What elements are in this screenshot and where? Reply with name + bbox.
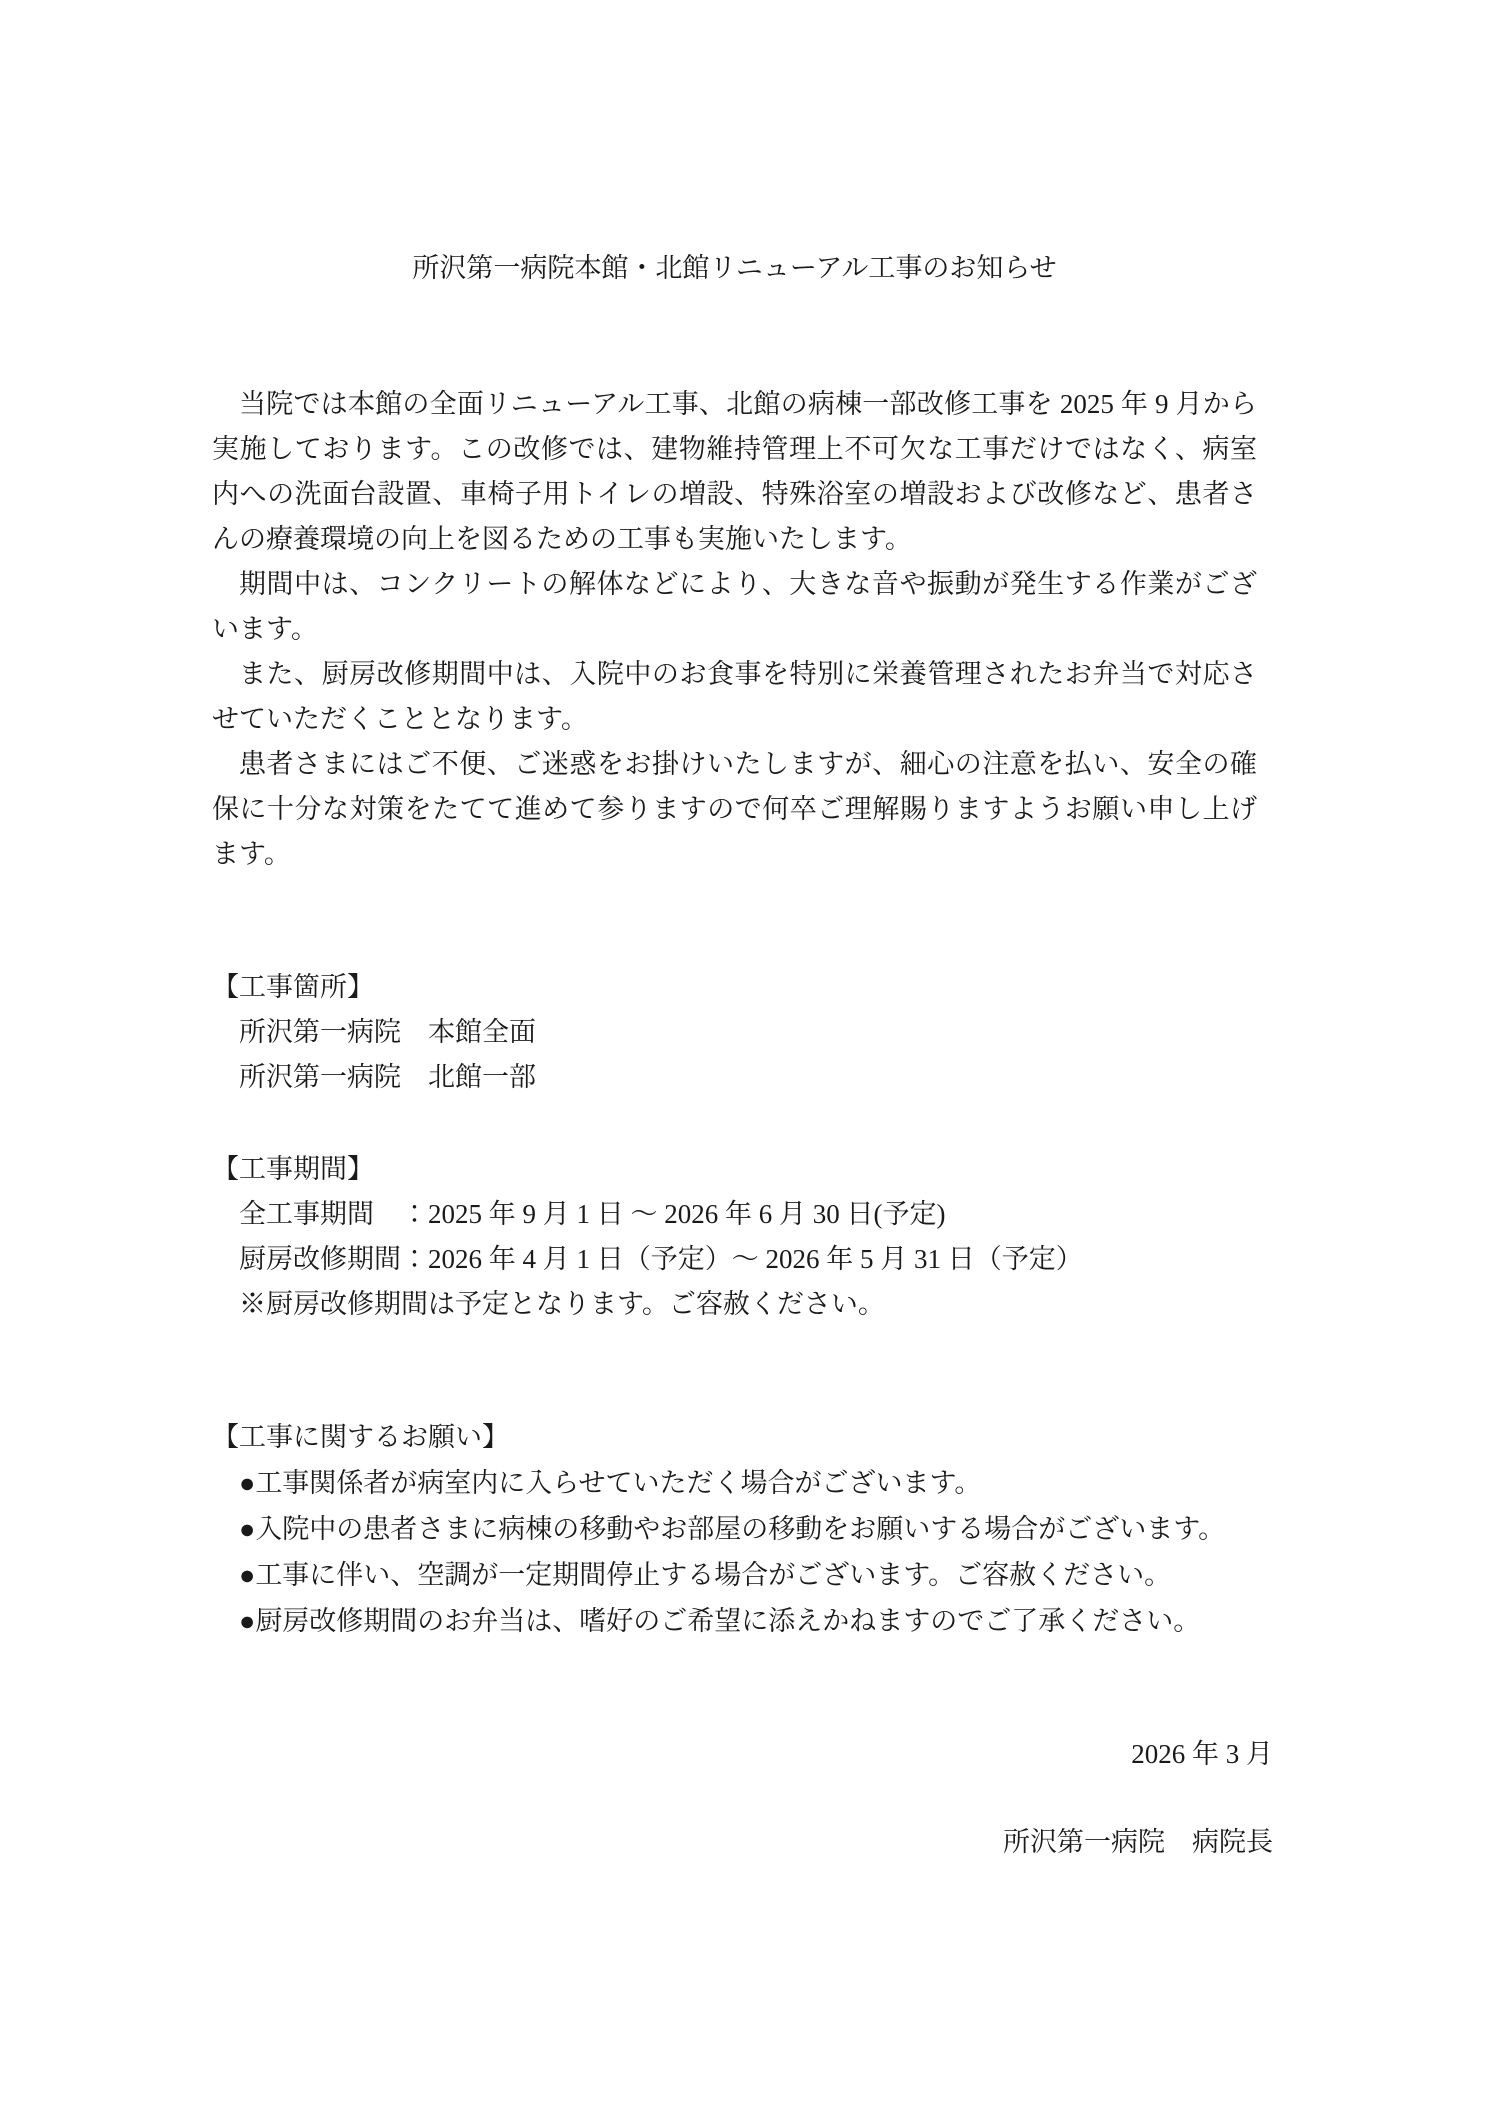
intro-paragraph-1: 当院では本館の全面リニューアル工事、北館の病棟一部改修工事を 2025 年 9 … [212, 382, 1257, 562]
request-item-4: ●厨房改修期間のお弁当は、嗜好のご希望に添えかねますのでご了承ください。 [212, 1598, 1257, 1644]
location-line-main-building: 所沢第一病院 本館全面 [212, 1010, 1257, 1055]
period-line-overall: 全工事期間 ：2025 年 9 月 1 日 ～ 2026 年 6 月 30 日(… [212, 1192, 1257, 1237]
footer-date: 2026 年 3 月 [212, 1732, 1273, 1777]
period-line-kitchen: 厨房改修期間：2026 年 4 月 1 日（予定）～ 2026 年 5 月 31… [212, 1237, 1257, 1282]
location-line-north-building: 所沢第一病院 北館一部 [212, 1055, 1257, 1100]
intro-paragraph-2: 期間中は、コンクリートの解体などにより、大きな音や振動が発生する作業がございます… [212, 562, 1257, 652]
request-text-2: 入院中の患者さまに病棟の移動やお部屋の移動をお願いする場合がございます。 [255, 1514, 1225, 1544]
request-item-2: ●入院中の患者さまに病棟の移動やお部屋の移動をお願いする場合がございます。 [212, 1506, 1257, 1552]
bullet-icon: ● [239, 1560, 255, 1590]
request-item-3: ●工事に伴い、空調が一定期間停止する場合がございます。ご容赦ください。 [212, 1552, 1257, 1598]
section-construction-requests: 【工事に関するお願い】 ●工事関係者が病室内に入らせていただく場合がございます。… [212, 1415, 1257, 1644]
request-text-1: 工事関係者が病室内に入らせていただく場合がございます。 [255, 1468, 981, 1498]
intro-paragraph-3: また、厨房改修期間中は、入院中のお食事を特別に栄養管理されたお弁当で対応させてい… [212, 652, 1257, 742]
construction-period-heading: 【工事期間】 [212, 1147, 1257, 1192]
construction-locations-heading: 【工事箇所】 [212, 965, 1257, 1010]
request-text-3: 工事に伴い、空調が一定期間停止する場合がございます。ご容赦ください。 [255, 1560, 1171, 1590]
document-title: 所沢第一病院本館・北館リニューアル工事のお知らせ [212, 246, 1257, 291]
document-content: 所沢第一病院本館・北館リニューアル工事のお知らせ 当院では本館の全面リニューアル… [0, 0, 1257, 1865]
intro-paragraphs: 当院では本館の全面リニューアル工事、北館の病棟一部改修工事を 2025 年 9 … [212, 382, 1257, 877]
construction-requests-heading: 【工事に関するお願い】 [212, 1415, 1257, 1460]
section-construction-period: 【工事期間】 全工事期間 ：2025 年 9 月 1 日 ～ 2026 年 6 … [212, 1147, 1257, 1327]
period-note: ※厨房改修期間は予定となります。ご容赦ください。 [212, 1282, 1257, 1327]
footer-signature: 所沢第一病院 病院長 [212, 1820, 1273, 1865]
request-text-4: 厨房改修期間のお弁当は、嗜好のご希望に添えかねますのでご了承ください。 [255, 1606, 1200, 1636]
intro-paragraph-4: 患者さまにはご不便、ご迷惑をお掛けいたしますが、細心の注意を払い、安全の確保に十… [212, 742, 1257, 877]
request-item-1: ●工事関係者が病室内に入らせていただく場合がございます。 [212, 1460, 1257, 1506]
document-page: 所沢第一病院本館・北館リニューアル工事のお知らせ 当院では本館の全面リニューアル… [0, 0, 1489, 2105]
bullet-icon: ● [239, 1606, 255, 1636]
bullet-icon: ● [239, 1468, 255, 1498]
section-construction-locations: 【工事箇所】 所沢第一病院 本館全面 所沢第一病院 北館一部 [212, 965, 1257, 1100]
bullet-icon: ● [239, 1514, 255, 1544]
